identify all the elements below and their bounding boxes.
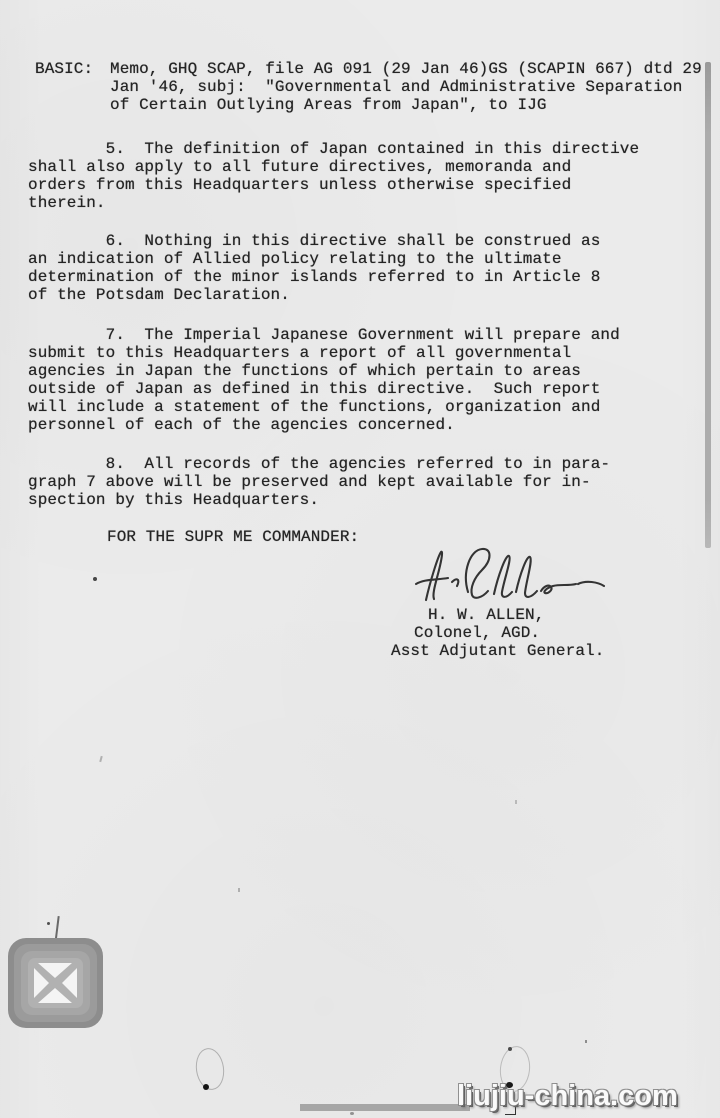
signer-name: H. W. ALLEN, <box>428 606 544 624</box>
watermark: liujiu-china.com <box>457 1080 678 1113</box>
closing-line: FOR THE SUPR ME COMMANDER: <box>107 528 359 546</box>
document-line: 7. The Imperial Japanese Government will… <box>28 326 620 344</box>
paragraph-8: 8. All records of the agencies referred … <box>28 455 610 509</box>
basic-reference-label: BASIC: <box>35 60 93 78</box>
arrow-right-triangle <box>34 968 49 998</box>
document-line: orders from this Headquarters unless oth… <box>28 176 639 194</box>
document-line: determination of the minor islands refer… <box>28 268 600 286</box>
scan-artifact <box>47 922 50 925</box>
scan-artifact <box>193 1046 227 1091</box>
document-line: Jan '46, subj: "Governmental and Adminis… <box>110 78 702 96</box>
paragraph-5: 5. The definition of Japan contained in … <box>28 140 639 212</box>
watermark-underline-bar <box>300 1104 470 1111</box>
scan-artifact <box>515 800 517 804</box>
document-line: of Certain Outlying Areas from Japan", t… <box>110 96 702 114</box>
scan-artifact <box>238 888 240 892</box>
scan-artifact <box>508 1047 512 1051</box>
signer-rank: Colonel, AGD. <box>414 624 540 642</box>
paragraph-7: 7. The Imperial Japanese Government will… <box>28 326 620 434</box>
paragraph-6: 6. Nothing in this directive shall be co… <box>28 232 600 304</box>
basic-reference-body: Memo, GHQ SCAP, file AG 091 (29 Jan 46)G… <box>110 60 702 114</box>
scan-artifact <box>350 1112 354 1115</box>
document-line: an indication of Allied policy relating … <box>28 250 600 268</box>
document-line: will include a statement of the function… <box>28 398 620 416</box>
document-line: shall also apply to all future directive… <box>28 158 639 176</box>
document-line: spection by this Headquarters. <box>28 491 610 509</box>
scan-edge-line <box>705 62 711 548</box>
scan-artifact <box>203 1084 209 1090</box>
scan-artifact <box>585 1040 587 1043</box>
signature-script <box>408 542 613 608</box>
document-line: 8. All records of the agencies referred … <box>28 455 610 473</box>
document-line: outside of Japan as defined in this dire… <box>28 380 620 398</box>
collapse-nav-button[interactable] <box>8 938 103 1028</box>
scan-artifact <box>280 86 283 88</box>
document-line: of the Potsdam Declaration. <box>28 286 600 304</box>
scanned-document-page: BASIC: Memo, GHQ SCAP, file AG 091 (29 J… <box>0 0 720 1118</box>
document-line: 6. Nothing in this directive shall be co… <box>28 232 600 250</box>
scan-artifact <box>93 577 97 581</box>
document-line: 5. The definition of Japan contained in … <box>28 140 639 158</box>
document-line: agencies in Japan the functions of which… <box>28 362 620 380</box>
document-line: therein. <box>28 194 639 212</box>
document-line: Memo, GHQ SCAP, file AG 091 (29 Jan 46)G… <box>110 60 702 78</box>
scan-artifact <box>99 756 102 762</box>
signer-title: Asst Adjutant General. <box>391 642 604 660</box>
document-line: graph 7 above will be preserved and kept… <box>28 473 610 491</box>
arrow-left-triangle <box>62 968 77 998</box>
document-line: submit to this Headquarters a report of … <box>28 344 620 362</box>
document-line: personnel of each of the agencies concer… <box>28 416 620 434</box>
